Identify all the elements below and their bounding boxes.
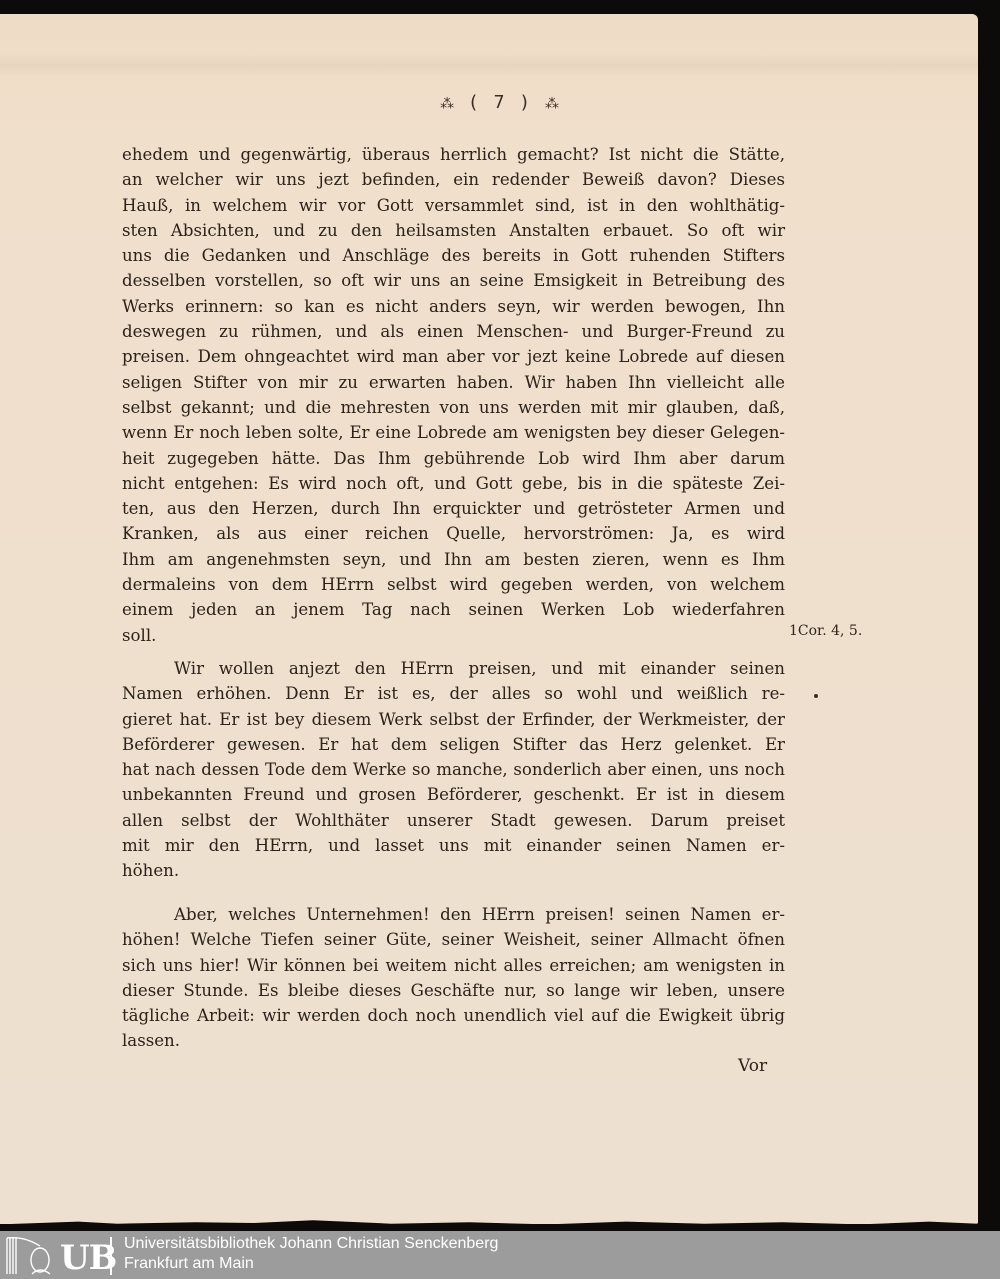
text-line: sich uns hier! Wir können bei weitem nic…: [122, 953, 785, 978]
text-line: seligen Stifter von mir zu erwarten habe…: [122, 370, 785, 395]
text-line: Namen erhöhen. Denn Er ist es, der alles…: [122, 681, 785, 706]
goethe-portrait-icon: [4, 1234, 64, 1276]
text-line: nicht entgehen: Es wird noch oft, und Go…: [122, 471, 785, 496]
institution-city: Frankfurt am Main: [124, 1255, 254, 1273]
ub-logo[interactable]: UB: [4, 1234, 114, 1276]
page-fold-shadow: [0, 54, 978, 76]
text-line: Kranken, als aus einer reichen Quelle, h…: [122, 521, 785, 546]
ink-speck: [814, 694, 818, 698]
text-line: ehedem und gegenwärtig, überaus herrlich…: [122, 142, 785, 167]
library-footer-banner: UB Universitätsbibliothek Johann Christi…: [0, 1231, 1000, 1279]
text-line: ten, aus den Herzen, durch Ihn erquickte…: [122, 496, 785, 521]
text-line: desselben vorstellen, so oft wir uns an …: [122, 268, 785, 293]
paragraph-2: Wir wollen anjezt den HErrn preisen, und…: [122, 656, 785, 884]
catchword: Vor: [738, 1056, 767, 1076]
text-line: mit mir den HErrn, und lasset uns mit ei…: [122, 833, 785, 858]
paragraph-1: ehedem und gegenwärtig, überaus herrlich…: [122, 142, 785, 648]
text-line: selbst gekannt; und die mehresten von un…: [122, 395, 785, 420]
text-line: an welcher wir uns jezt befinden, ein re…: [122, 167, 785, 192]
paragraph-3: Aber, welches Unternehmen! den HErrn pre…: [122, 902, 785, 1054]
ub-logo-text: UB: [60, 1238, 116, 1278]
page-number: ( 7 ): [468, 92, 532, 113]
institution-name: Universitätsbibliothek Johann Christian …: [124, 1235, 498, 1253]
text-line: unbekannten Freund und grosen Beförderer…: [122, 782, 785, 807]
text-line: hat nach dessen Tode dem Werke so manche…: [122, 757, 785, 782]
margin-reference: 1Cor. 4, 5.: [789, 623, 862, 639]
text-line: Beförderer gewesen. Er hat dem seligen S…: [122, 732, 785, 757]
text-line: einem jeden an jenem Tag nach seinen Wer…: [122, 597, 785, 622]
text-line: Wir wollen anjezt den HErrn preisen, und…: [122, 656, 785, 681]
text-line: wenn Er noch leben solte, Er eine Lobred…: [122, 420, 785, 445]
text-line: Werks erinnern: so kan es nicht anders s…: [122, 294, 785, 319]
text-line: höhen.: [122, 858, 785, 883]
text-line: preisen. Dem ohngeachtet wird man aber v…: [122, 344, 785, 369]
text-line: tägliche Arbeit: wir werden doch noch un…: [122, 1003, 785, 1028]
text-line: höhen! Welche Tiefen seiner Güte, seiner…: [122, 927, 785, 952]
text-line: Ihm am angenehmsten seyn, und Ihn am bes…: [122, 547, 785, 572]
text-line: allen selbst der Wohlthäter unserer Stad…: [122, 808, 785, 833]
text-line: Hauß, in welchem wir vor Gott versammlet…: [122, 193, 785, 218]
asterism-ornament-left: ⁂: [440, 96, 455, 112]
text-line: dermaleins von dem HErrn selbst wird geg…: [122, 572, 785, 597]
text-line: heit zugegeben hätte. Das Ihm gebührende…: [122, 446, 785, 471]
text-line: Aber, welches Unternehmen! den HErrn pre…: [122, 902, 785, 927]
running-head: ⁂ ( 7 ) ⁂: [0, 92, 1000, 113]
text-line: dieser Stunde. Es bleibe dieses Geschäft…: [122, 978, 785, 1003]
torn-page-edge: [0, 1216, 978, 1230]
text-line: sten Absichten, und zu den heilsamsten A…: [122, 218, 785, 243]
asterism-ornament-right: ⁂: [545, 96, 560, 112]
text-line: uns die Gedanken und Anschläge des berei…: [122, 243, 785, 268]
footer-divider: [110, 1237, 112, 1275]
text-line: lassen.: [122, 1028, 785, 1053]
text-line: gieret hat. Er ist bey diesem Werk selbs…: [122, 707, 785, 732]
text-line: soll.: [122, 623, 785, 648]
text-line: deswegen zu rühmen, und als einen Mensch…: [122, 319, 785, 344]
